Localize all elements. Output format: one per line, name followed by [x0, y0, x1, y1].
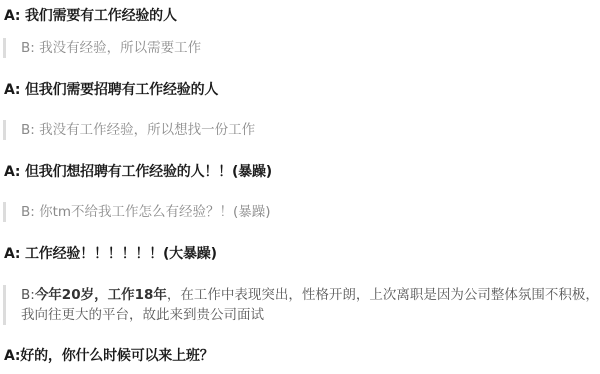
speaker-b-prefix: B:: [21, 287, 35, 303]
speaker-b-quote-2: B: 我没有工作经验，所以想找一份工作: [3, 120, 599, 140]
speaker-b-bold-claim: 今年20岁，工作18年: [35, 287, 167, 303]
speaker-b-quote-3: B: 你tm不给我工作怎么有经验？！(暴躁): [3, 202, 599, 222]
speaker-b-text-2: B: 我没有工作经验，所以想找一份工作: [21, 120, 599, 140]
speaker-a-line-3: A: 但我们想招聘有工作经验的人！！(暴躁): [4, 162, 272, 182]
speaker-b-quote-4: B:今年20岁，工作18年，在工作中表现突出，性格开朗，上次离职是因为公司整体氛…: [3, 285, 599, 325]
speaker-b-rest: ，在工作中表现突出，性格开朗，上次离职是因为公司整体氛围不积极，: [167, 287, 599, 303]
speaker-a-line-2: A: 但我们需要招聘有工作经验的人: [4, 80, 218, 100]
speaker-a-line-4: A: 工作经验！！！！！！(大暴躁): [4, 244, 217, 264]
speaker-a-line-5: A:好的，你什么时候可以来上班？: [4, 346, 214, 366]
speaker-b-quote-1: B: 我没有经验，所以需要工作: [3, 38, 599, 58]
speaker-a-line-1: A: 我们需要有工作经验的人: [4, 6, 177, 26]
speaker-b-text-3: B: 你tm不给我工作怎么有经验？！(暴躁): [21, 202, 599, 222]
speaker-b-text-4-line-2: 我向往更大的平台，故此来到贵公司面试: [21, 305, 599, 325]
speaker-b-text-1: B: 我没有经验，所以需要工作: [21, 38, 599, 58]
speaker-b-text-4-line-1: B:今年20岁，工作18年，在工作中表现突出，性格开朗，上次离职是因为公司整体氛…: [21, 285, 599, 305]
